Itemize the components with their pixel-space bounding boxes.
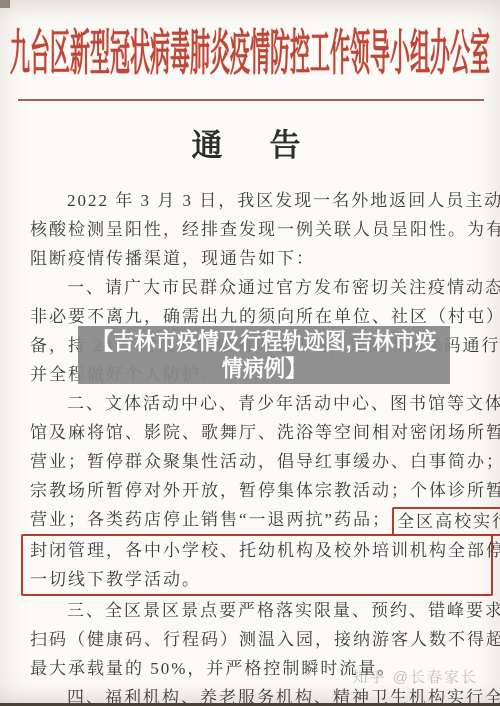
document-line: 二、文体活动中心、青少年活动中心、图书馆等文体场 bbox=[30, 389, 487, 418]
line-text: 二、文体活动中心、青少年活动中心、图书馆等文体场 bbox=[67, 394, 500, 413]
line-text: 宗教场所暂停对外开放，暂停集体宗教活动；个体诊所暂停 bbox=[30, 481, 500, 500]
line-text: 核酸检测呈阳性，经排查发现一例关联人员呈阳性。为有效 bbox=[30, 220, 500, 239]
line-text: 扫码（健康码、行程码）测温入园，接纳游客人数不得超过 bbox=[30, 630, 500, 649]
document-line: 营业；暂停群众聚集性活动，倡导红事缓办、白事简办；各 bbox=[30, 447, 487, 476]
watermark-overlay-banner: 【吉林市疫情及行程轨迹图,吉林市疫 情病例】 bbox=[78, 326, 450, 384]
line-text: 三、全区景区景点要严格落实限量、预约、错峰要求， bbox=[67, 601, 500, 620]
document-line: 扫码（健康码、行程码）测温入园，接纳游客人数不得超过 bbox=[30, 625, 487, 654]
zhihu-watermark: 知乎 @长春家长 bbox=[353, 666, 478, 687]
document-line: 三、全区景区景点要严格落实限量、预约、错峰要求， bbox=[30, 596, 487, 625]
line-text: 一切线下教学活动。 bbox=[30, 570, 201, 589]
line-text: 封闭管理，各中小学校、托幼机构及校外培训机构全部停止 bbox=[30, 541, 500, 560]
document-lines: 2022 年 3 月 3 日，我区发现一名外地返回人员主动筛查核酸检测呈阳性，经… bbox=[30, 186, 487, 706]
notice-title: 通 告 bbox=[0, 120, 500, 165]
document-line: 营业；各类药店停止销售“一退两抗”药品；全区高校实行 bbox=[30, 505, 487, 534]
document-line: 宗教场所暂停对外开放，暂停集体宗教活动；个体诊所暂停 bbox=[30, 476, 487, 505]
line-text: 营业；暂停群众聚集性活动，倡导红事缓办、白事简办；各 bbox=[30, 452, 500, 471]
document-line: 2022 年 3 月 3 日，我区发现一名外地返回人员主动筛查 bbox=[30, 186, 487, 215]
line-text: 营业；各类药店停止销售“一退两抗”药品； bbox=[30, 510, 391, 529]
document-line: 一、请广大市民群众通过官方发布密切关注疫情动态， bbox=[30, 273, 487, 302]
scan-corner-smudge bbox=[0, 0, 10, 8]
document-line: 封闭管理，各中小学校、托幼机构及校外培训机构全部停止 bbox=[30, 536, 487, 565]
line-text: 馆及麻将馆、影院、歌舞厅、洗浴等空间相对密闭场所暂停 bbox=[30, 423, 500, 442]
watermark-overlay-line2: 情病例】 bbox=[222, 355, 307, 382]
document-line: 核酸检测呈阳性，经排查发现一例关联人员呈阳性。为有效 bbox=[30, 215, 487, 244]
line-text: 最大承载量的 50%，并严格控制瞬时流量。 bbox=[30, 659, 396, 678]
document-line: 阻断疫情传播渠道，现通告如下： bbox=[30, 244, 487, 273]
agency-header-title: 九台区新型冠状病毒肺炎疫情防控工作领导小组办公室 bbox=[125, 11, 375, 87]
document-line: 馆及麻将馆、影院、歌舞厅、洗浴等空间相对密闭场所暂停 bbox=[30, 418, 487, 447]
red-highlight-block: 封闭管理，各中小学校、托幼机构及校外培训机构全部停止一切线下教学活动。 bbox=[21, 534, 493, 596]
watermark-overlay-line1: 【吉林市疫情及行程轨迹图,吉林市疫 bbox=[92, 328, 436, 355]
header-divider-line bbox=[18, 99, 484, 101]
line-text: 阻断疫情传播渠道，现通告如下： bbox=[30, 249, 315, 268]
line-text: 非必要不离九，确需出九的须向所在单位、社区（村屯）报 bbox=[30, 307, 500, 326]
line-text: 一、请广大市民群众通过官方发布密切关注疫情动态， bbox=[67, 278, 500, 297]
line-text: 2022 年 3 月 3 日，我区发现一名外地返回人员主动筛查 bbox=[67, 191, 500, 210]
red-highlight-box: 全区高校实行 bbox=[392, 507, 500, 536]
document-line: 一切线下教学活动。 bbox=[30, 565, 487, 594]
